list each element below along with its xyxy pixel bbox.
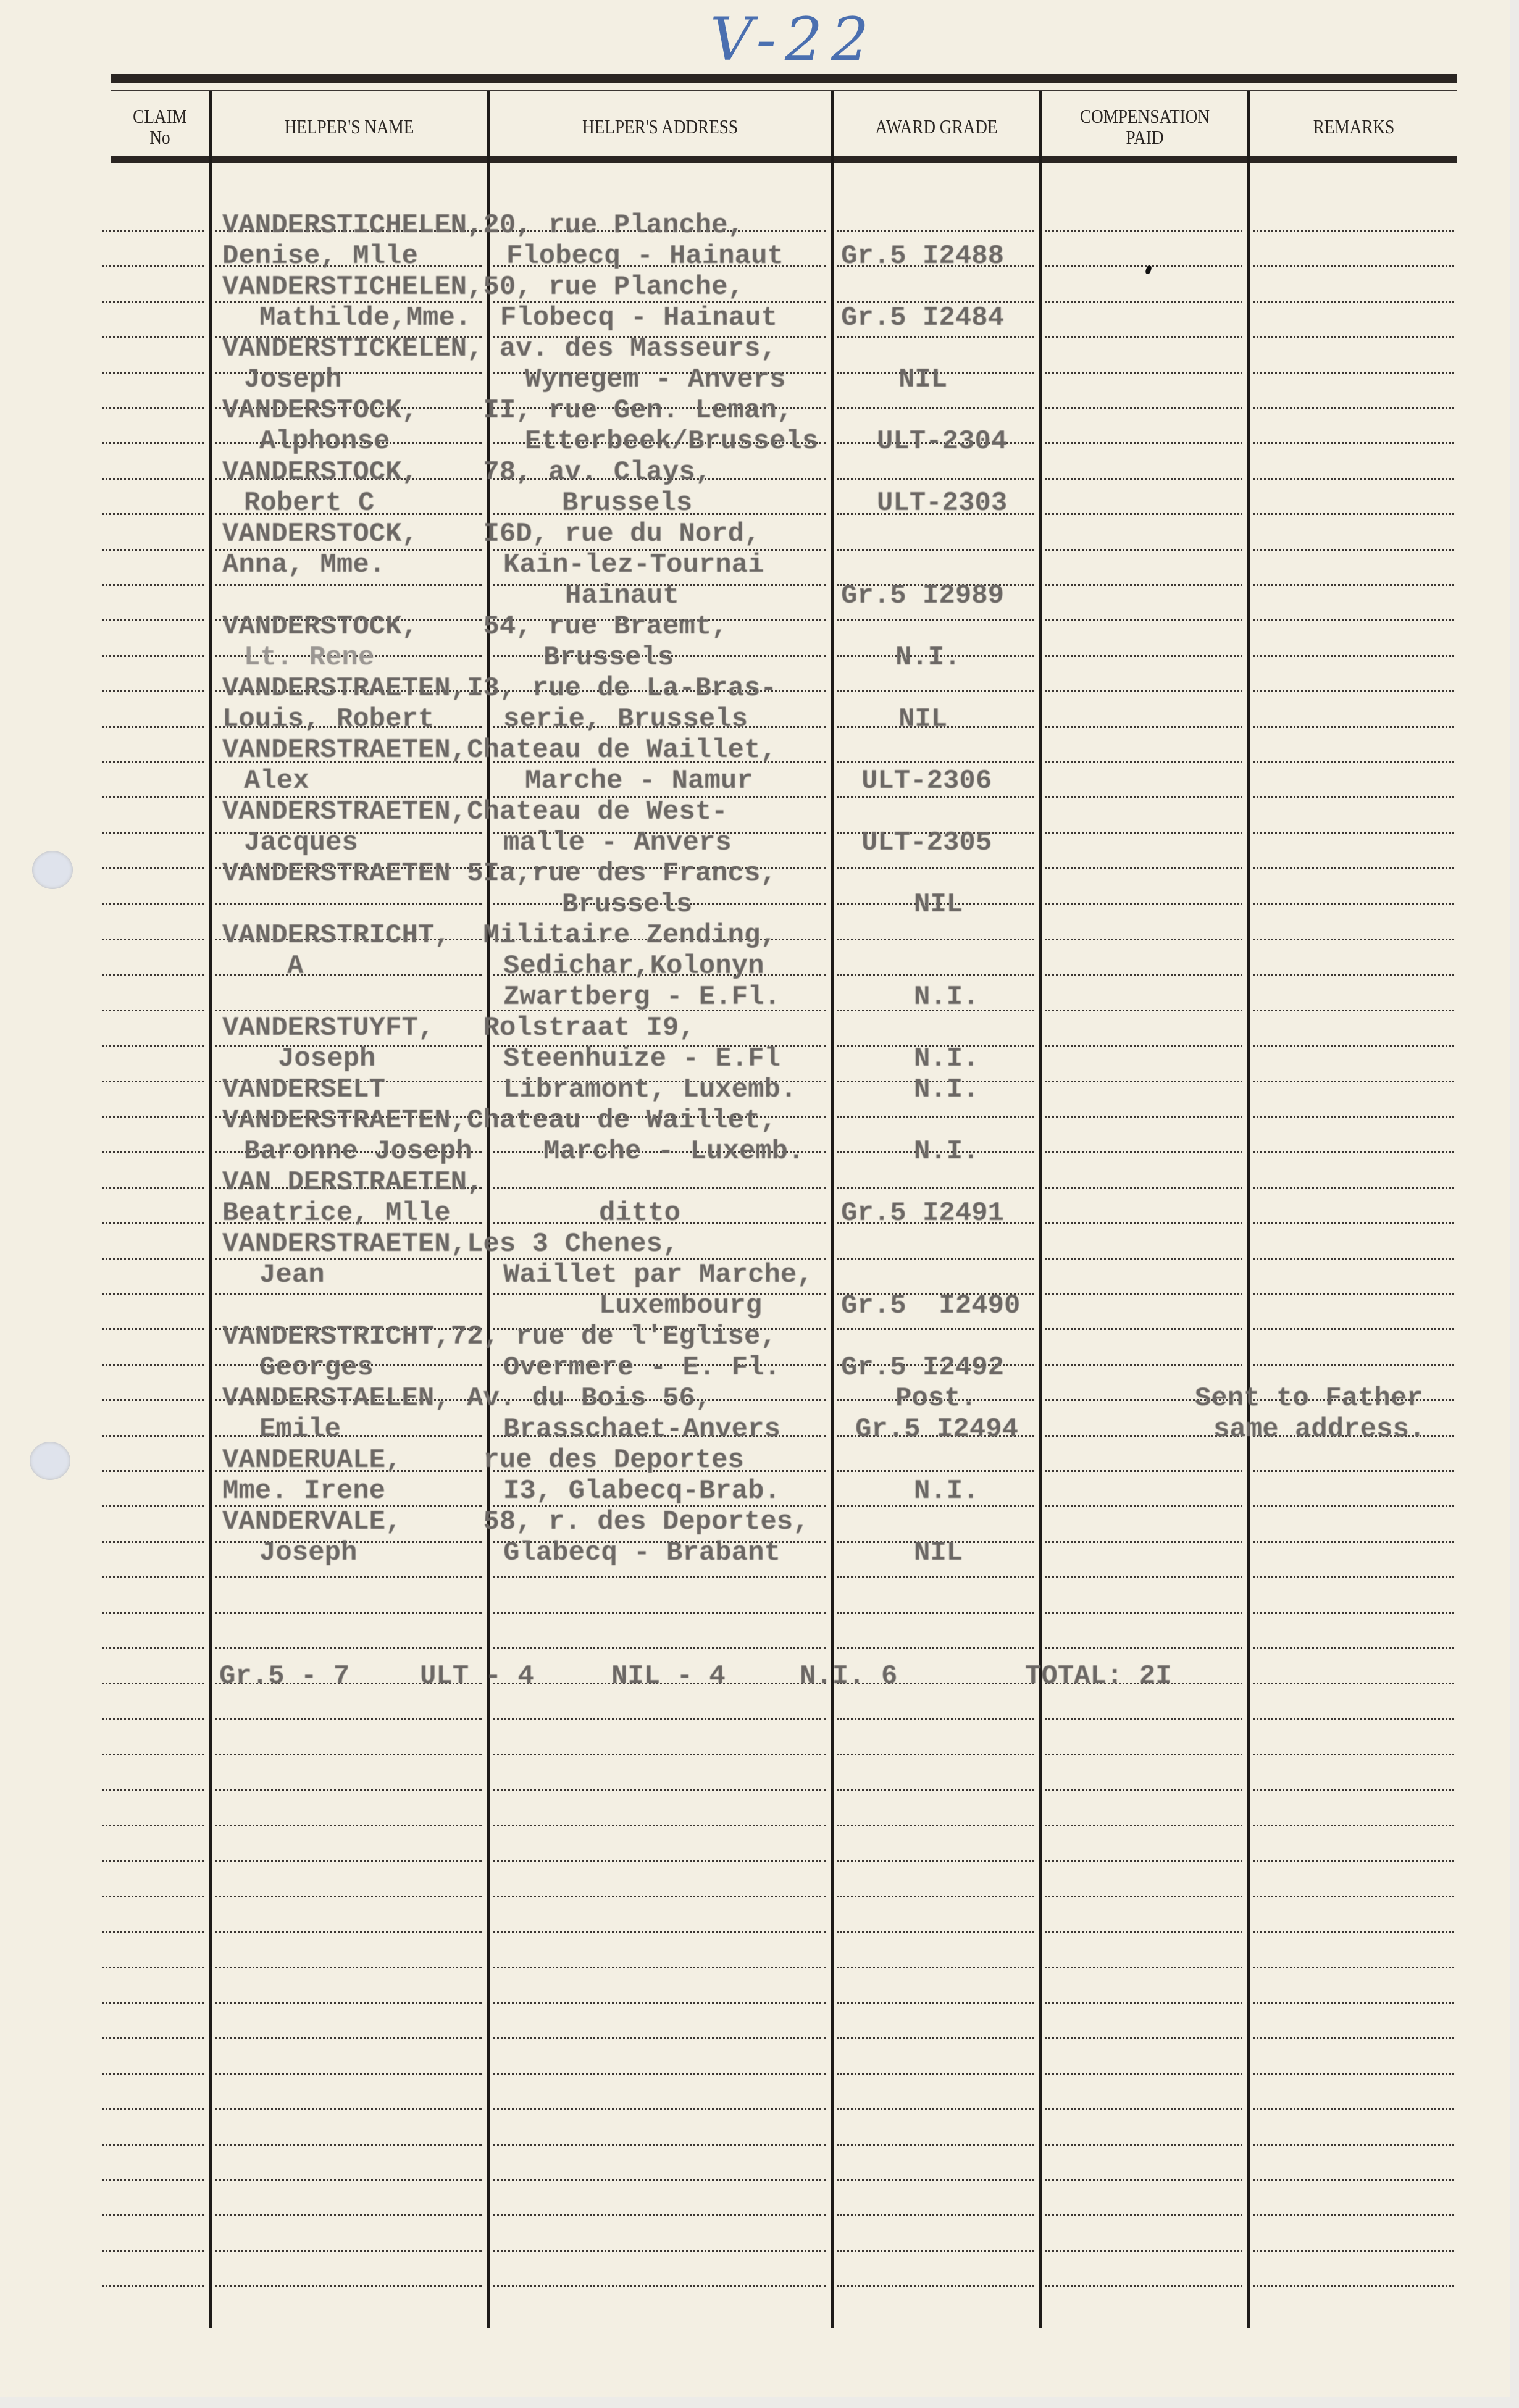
dotted-rule — [215, 1010, 482, 1011]
dotted-rule — [1045, 1293, 1242, 1295]
dotted-rule — [1253, 726, 1454, 728]
summary-gr5-count: Gr.5 - 7 — [219, 1661, 349, 1692]
line-30: VANDERSTRAETEN,Chateau de Waillet, — [222, 1105, 777, 1136]
dotted-rule — [1045, 2002, 1242, 2004]
dotted-rule — [102, 1010, 204, 1011]
column-divider-4 — [1039, 91, 1042, 2328]
dotted-rule — [837, 336, 1034, 338]
dotted-rule — [837, 1612, 1034, 1614]
header-compensation-paid: COMPENSATION PAID — [1058, 93, 1232, 161]
dotted-rule — [1253, 2002, 1454, 2004]
award-grade: N.I. — [895, 642, 961, 673]
dotted-rule — [1045, 513, 1242, 515]
dotted-rule — [493, 2250, 826, 2252]
dotted-rule — [215, 1896, 482, 1897]
dotted-rule — [493, 2002, 826, 2004]
dotted-rule — [215, 2214, 482, 2216]
header-award-grade: AWARD GRADE — [849, 93, 1024, 161]
address-line: malle - Anvers — [503, 827, 732, 858]
name-line: Lt. Rene — [244, 642, 374, 673]
dotted-rule — [102, 2285, 204, 2287]
award-grade: N.I. — [914, 982, 979, 1013]
dotted-rule — [215, 1718, 482, 1720]
dotted-rule — [837, 1187, 1034, 1189]
dotted-rule — [1253, 336, 1454, 338]
address-line: Sedichar,Kolonyn — [503, 951, 764, 982]
dotted-rule — [215, 584, 482, 586]
dotted-rule — [837, 1931, 1034, 1933]
dotted-rule — [837, 1825, 1034, 1826]
dotted-rule — [1045, 2108, 1242, 2110]
name-line: Jacques — [244, 827, 358, 858]
address-line: Etterbeek/Brussels — [525, 426, 818, 457]
name-line: Joseph — [278, 1043, 375, 1074]
dotted-rule — [1253, 1683, 1454, 1684]
dotted-rule — [1045, 690, 1242, 692]
dotted-rule — [102, 1151, 204, 1153]
dotted-rule — [493, 1789, 826, 1791]
dotted-rule — [1045, 584, 1242, 586]
dotted-rule — [493, 2144, 826, 2146]
dotted-rule — [1253, 1222, 1454, 1224]
summary-ni-count: N.I. 6 — [800, 1661, 897, 1692]
line-11: VANDERSTOCK, I6D, rue du Nord, — [222, 519, 760, 550]
dotted-rule — [837, 1896, 1034, 1897]
address-line: Zwartberg - E.Fl. — [503, 982, 780, 1013]
dotted-rule — [1253, 2250, 1454, 2252]
line-37: VANDERSTRICHT,72, rue de l'Eglise, — [222, 1321, 777, 1352]
dotted-rule — [215, 974, 482, 976]
name-line: Jean — [259, 1260, 325, 1290]
address-line: Marche - Luxemb. — [543, 1136, 804, 1167]
address-line: Luxembourg — [599, 1290, 762, 1321]
dotted-rule — [1045, 1364, 1242, 1366]
dotted-rule — [102, 1328, 204, 1330]
handwritten-file-label: V-22 — [710, 5, 877, 74]
dotted-rule — [493, 2108, 826, 2110]
dotted-rule — [1045, 336, 1242, 338]
dotted-rule — [493, 1718, 826, 1720]
dotted-rule — [102, 1541, 204, 1543]
dotted-rule — [102, 265, 204, 267]
dotted-rule — [1045, 1754, 1242, 1755]
dotted-rule — [215, 903, 482, 905]
address-line: Brussels — [562, 488, 692, 519]
dotted-rule — [102, 1470, 204, 1472]
dotted-rule — [837, 2179, 1034, 2181]
line-1: VANDERSTICHELEN,20, rue Planche, — [222, 210, 744, 241]
dotted-rule — [1253, 832, 1454, 834]
dotted-rule — [102, 1825, 204, 1826]
dotted-rule — [1045, 974, 1242, 976]
dotted-rule — [493, 1967, 826, 1968]
address-line: Hainaut — [565, 580, 679, 611]
dotted-rule — [215, 2108, 482, 2110]
award-grade: NIL — [914, 1537, 963, 1568]
dotted-rule — [215, 1612, 482, 1614]
dotted-rule — [493, 1931, 826, 1933]
dotted-rule — [1253, 2073, 1454, 2075]
dotted-rule — [215, 1754, 482, 1755]
dotted-rule — [102, 513, 204, 515]
dotted-rule — [1253, 1789, 1454, 1791]
line-39: VANDERSTAELEN, Av. du Bois 56, — [222, 1383, 711, 1414]
header-helpers-address: HELPER'S ADDRESS — [515, 93, 805, 161]
dotted-rule — [1045, 1258, 1242, 1260]
dotted-rule — [102, 726, 204, 728]
dotted-rule — [493, 1187, 826, 1189]
dotted-rule — [102, 2073, 204, 2075]
dotted-rule — [1253, 1258, 1454, 1260]
dotted-rule — [1045, 2144, 1242, 2146]
dotted-rule — [1253, 372, 1454, 374]
dotted-rule — [1045, 832, 1242, 834]
dotted-rule — [102, 796, 204, 798]
award-grade: ULT-2303 — [877, 488, 1007, 519]
dotted-rule — [102, 230, 204, 232]
dotted-rule — [102, 655, 204, 657]
dotted-rule — [1253, 301, 1454, 303]
name-line: Georges — [259, 1352, 374, 1383]
line-20: VANDERSTRAETEN,Chateau de West- — [222, 796, 728, 827]
dotted-rule — [1253, 2179, 1454, 2181]
dotted-rule — [102, 939, 204, 940]
dotted-rule — [1253, 1151, 1454, 1153]
dotted-rule — [837, 1647, 1034, 1649]
dotted-rule — [837, 1328, 1034, 1330]
name-line: Baronne Joseph — [244, 1136, 472, 1167]
dotted-rule — [102, 301, 204, 303]
dotted-rule — [1253, 2037, 1454, 2039]
name-line: Mme. Irene — [222, 1476, 385, 1507]
dotted-rule — [837, 1576, 1034, 1578]
dotted-rule — [102, 1222, 204, 1224]
dotted-rule — [1253, 939, 1454, 940]
dotted-rule — [102, 442, 204, 444]
dotted-rule — [215, 1647, 482, 1649]
dotted-rule — [1045, 796, 1242, 798]
name-line: Mathilde,Mme. — [259, 303, 471, 333]
dotted-rule — [1253, 265, 1454, 267]
award-grade: Post. — [895, 1383, 977, 1414]
dotted-rule — [215, 1931, 482, 1933]
line-34: VANDERSTRAETEN,Les 3 Chenes, — [222, 1229, 679, 1260]
dotted-rule — [102, 1967, 204, 1968]
dotted-rule — [837, 230, 1034, 232]
name-line: Joseph — [244, 364, 341, 395]
line-32: VAN DERSTRAETEN, — [222, 1167, 483, 1198]
dotted-rule — [837, 867, 1034, 869]
dotted-rule — [837, 2144, 1034, 2146]
dotted-rule — [215, 2037, 482, 2039]
address-line: Brussels — [543, 642, 674, 673]
dotted-rule — [837, 761, 1034, 763]
header-helpers-name: HELPER'S NAME — [232, 93, 466, 161]
document-page: V-22 CLAIM No HELPER'S NAME HELPER'S ADD… — [0, 0, 1510, 2397]
dotted-rule — [215, 2250, 482, 2252]
dotted-rule — [1253, 1293, 1454, 1295]
dotted-rule — [102, 1399, 204, 1401]
dotted-rule — [1045, 1328, 1242, 1330]
address-line: Brasschaet-Anvers — [503, 1414, 780, 1445]
dotted-rule — [1045, 442, 1242, 444]
dotted-rule — [102, 867, 204, 869]
punch-hole-upper — [32, 851, 73, 889]
dotted-rule — [1045, 407, 1242, 409]
header-claim-no: CLAIM No — [119, 93, 201, 161]
dotted-rule — [837, 1258, 1034, 1260]
address-line: I3, Glabecq-Brab. — [503, 1476, 780, 1507]
dotted-rule — [102, 1293, 204, 1295]
dotted-rule — [493, 1576, 826, 1578]
dotted-rule — [102, 1116, 204, 1118]
dotted-rule — [215, 1293, 482, 1295]
dotted-rule — [1253, 230, 1454, 232]
name-line: A — [287, 951, 303, 982]
dotted-rule — [1045, 1222, 1242, 1224]
dotted-rule — [493, 2214, 826, 2216]
dotted-rule — [1045, 1576, 1242, 1578]
line-9: VANDERSTOCK, 78, av. Clays, — [222, 457, 711, 488]
dotted-rule — [102, 1931, 204, 1933]
dotted-rule — [215, 2144, 482, 2146]
name-line: Alex — [244, 766, 309, 796]
dotted-rule — [1045, 655, 1242, 657]
line-3: VANDERSTICHELEN,50, rue Planche, — [222, 272, 744, 303]
dotted-rule — [102, 2214, 204, 2216]
dotted-rule — [1045, 2179, 1242, 2181]
dotted-rule — [102, 2002, 204, 2004]
address-line: Flobecq - Hainaut — [506, 241, 784, 272]
dotted-rule — [102, 619, 204, 621]
dotted-rule — [102, 1081, 204, 1082]
dotted-rule — [102, 2037, 204, 2039]
award-grade: NIL — [898, 364, 947, 395]
dotted-rule — [1045, 2214, 1242, 2216]
dotted-rule — [215, 2073, 482, 2075]
address-line: Waillet par Marche, — [503, 1260, 813, 1290]
dotted-rule — [102, 584, 204, 586]
dotted-rule — [102, 2144, 204, 2146]
dotted-rule — [1045, 478, 1242, 480]
dotted-rule — [1253, 584, 1454, 586]
column-divider-2 — [487, 91, 490, 2328]
dotted-rule — [1045, 1860, 1242, 1862]
line-5: VANDERSTICKELEN, av. des Masseurs, — [222, 333, 777, 364]
dotted-rule — [102, 1576, 204, 1578]
dotted-rule — [102, 549, 204, 551]
dotted-rule — [1045, 1718, 1242, 1720]
dotted-rule — [215, 1435, 482, 1437]
dotted-rule — [215, 1576, 482, 1578]
award-grade: Gr.5 I2494 — [855, 1414, 1018, 1445]
dotted-rule — [1045, 1967, 1242, 1968]
dotted-rule — [1253, 761, 1454, 763]
address-line: ditto — [599, 1198, 680, 1229]
dotted-rule — [1045, 1896, 1242, 1897]
dotted-rule — [102, 761, 204, 763]
dotted-rule — [1253, 1364, 1454, 1366]
dotted-rule — [1253, 2214, 1454, 2216]
dotted-rule — [837, 1754, 1034, 1755]
award-grade: N.I. — [914, 1074, 979, 1105]
dotted-rule — [1253, 513, 1454, 515]
address-line: Marche - Namur — [525, 766, 753, 796]
dotted-rule — [837, 939, 1034, 940]
dotted-rule — [1253, 1825, 1454, 1826]
dotted-rule — [102, 372, 204, 374]
dotted-rule — [1045, 1116, 1242, 1118]
dotted-rule — [1253, 867, 1454, 869]
address-line: Overmere - E. Fl. — [503, 1352, 780, 1383]
dotted-rule — [215, 2179, 482, 2181]
line-27: VANDERSTUYFT, Rolstraat I9, — [222, 1013, 695, 1043]
dotted-rule — [1253, 903, 1454, 905]
dotted-rule — [493, 1647, 826, 1649]
dotted-rule — [493, 2037, 826, 2039]
dotted-rule — [1253, 1541, 1454, 1543]
address-line: serie, Brussels — [503, 704, 748, 735]
dotted-rule — [1253, 1754, 1454, 1755]
remarks-line: same address. — [1213, 1414, 1425, 1445]
line-41: VANDERUALE, rue des Deportes — [222, 1445, 744, 1476]
dotted-rule — [1045, 1010, 1242, 1011]
name-line: Emile — [259, 1414, 341, 1445]
dotted-rule — [102, 974, 204, 976]
dotted-rule — [837, 549, 1034, 551]
dotted-rule — [1253, 1116, 1454, 1118]
dotted-rule — [1253, 796, 1454, 798]
dotted-rule — [493, 2073, 826, 2075]
dotted-rule — [1045, 726, 1242, 728]
dotted-rule — [1045, 1045, 1242, 1047]
address-line: Brussels — [562, 889, 692, 920]
line-43: VANDERVALE, 58, r. des Deportes, — [222, 1507, 810, 1537]
dotted-rule — [493, 2285, 826, 2287]
dotted-rule — [1253, 1010, 1454, 1011]
dotted-rule — [1045, 1647, 1242, 1649]
dotted-rule — [1045, 301, 1242, 303]
dotted-rule — [1045, 549, 1242, 551]
award-grade: ULT-2305 — [861, 827, 992, 858]
dotted-rule — [1253, 1045, 1454, 1047]
award-grade: NIL — [914, 889, 963, 920]
dotted-rule — [837, 1860, 1034, 1862]
column-divider-5 — [1247, 91, 1250, 2328]
dotted-rule — [1045, 939, 1242, 940]
address-line: Glabecq - Brabant — [503, 1537, 780, 1568]
dotted-rule — [102, 478, 204, 480]
dotted-rule — [837, 2073, 1034, 2075]
dotted-rule — [837, 1718, 1034, 1720]
dotted-rule — [102, 1045, 204, 1047]
address-line: Libramont, Luxemb. — [503, 1074, 797, 1105]
address-line: Steenhuize - E.Fl — [503, 1043, 780, 1074]
dotted-rule — [1045, 1931, 1242, 1933]
address-line: Kain-lez-Tournai — [503, 550, 764, 580]
dotted-rule — [1045, 903, 1242, 905]
dotted-rule — [102, 2179, 204, 2181]
dotted-rule — [102, 1718, 204, 1720]
dotted-rule — [1253, 549, 1454, 551]
dotted-rule — [215, 2285, 482, 2287]
dotted-rule — [1253, 1081, 1454, 1082]
dotted-rule — [1045, 265, 1242, 267]
dotted-rule — [1045, 1505, 1242, 1507]
summary-ult-count: ULT - 4 — [420, 1661, 534, 1692]
dotted-rule — [837, 2285, 1034, 2287]
dotted-rule — [1253, 1328, 1454, 1330]
award-grade: ULT-2306 — [861, 766, 992, 796]
dotted-rule — [837, 2250, 1034, 2252]
dotted-rule — [102, 1754, 204, 1755]
dotted-rule — [837, 619, 1034, 621]
award-grade: Gr.5 I2484 — [841, 303, 1004, 333]
dotted-rule — [102, 1187, 204, 1189]
dotted-rule — [1253, 1470, 1454, 1472]
dotted-rule — [1045, 619, 1242, 621]
dotted-rule — [1253, 1505, 1454, 1507]
dotted-rule — [1045, 2250, 1242, 2252]
dotted-rule — [1253, 974, 1454, 976]
dotted-rule — [837, 1470, 1034, 1472]
name-line: Joseph — [259, 1537, 357, 1568]
dotted-rule — [1253, 1647, 1454, 1649]
column-divider-1 — [209, 91, 212, 2328]
dotted-rule — [1045, 761, 1242, 763]
address-line: Flobecq - Hainaut — [500, 303, 777, 333]
dotted-rule — [493, 1860, 826, 1862]
name-line: Louis, Robert — [222, 704, 434, 735]
header-top-thin-rule — [111, 90, 1457, 91]
dotted-rule — [102, 1896, 204, 1897]
dotted-rule — [102, 1683, 204, 1684]
dotted-rule — [215, 1789, 482, 1791]
name-line: Denise, Mlle — [222, 241, 418, 272]
dotted-rule — [215, 1860, 482, 1862]
dotted-rule — [1253, 442, 1454, 444]
dotted-rule — [215, 1825, 482, 1826]
dotted-rule — [1045, 2037, 1242, 2039]
dotted-rule — [493, 2179, 826, 2181]
award-grade: Gr.5 I2492 — [841, 1352, 1004, 1383]
dotted-rule — [837, 2214, 1034, 2216]
award-grade: Gr.5 I2989 — [841, 580, 1004, 611]
column-divider-3 — [831, 91, 834, 2328]
dotted-rule — [1045, 1825, 1242, 1826]
dotted-rule — [1045, 1151, 1242, 1153]
dotted-rule — [1045, 867, 1242, 869]
dotted-rule — [1253, 690, 1454, 692]
dotted-rule — [1253, 2285, 1454, 2287]
dotted-rule — [1253, 1576, 1454, 1578]
dotted-rule — [1045, 1470, 1242, 1472]
address-line: Wynegem - Anvers — [525, 364, 785, 395]
award-grade: ULT-2304 — [877, 426, 1007, 457]
award-grade: Gr.5 I2490 — [841, 1290, 1020, 1321]
remarks-line: Sent to Father — [1195, 1383, 1423, 1414]
dotted-rule — [1253, 1612, 1454, 1614]
dotted-rule — [102, 2108, 204, 2110]
dotted-rule — [1045, 2285, 1242, 2287]
dotted-rule — [1045, 1789, 1242, 1791]
dotted-rule — [1045, 1187, 1242, 1189]
dotted-rule — [102, 903, 204, 905]
summary-total: TOTAL: 2I — [1025, 1661, 1172, 1692]
summary-nil-count: NIL - 4 — [611, 1661, 726, 1692]
name-line: Beatrice, Mlle — [222, 1198, 451, 1229]
dotted-rule — [1253, 407, 1454, 409]
